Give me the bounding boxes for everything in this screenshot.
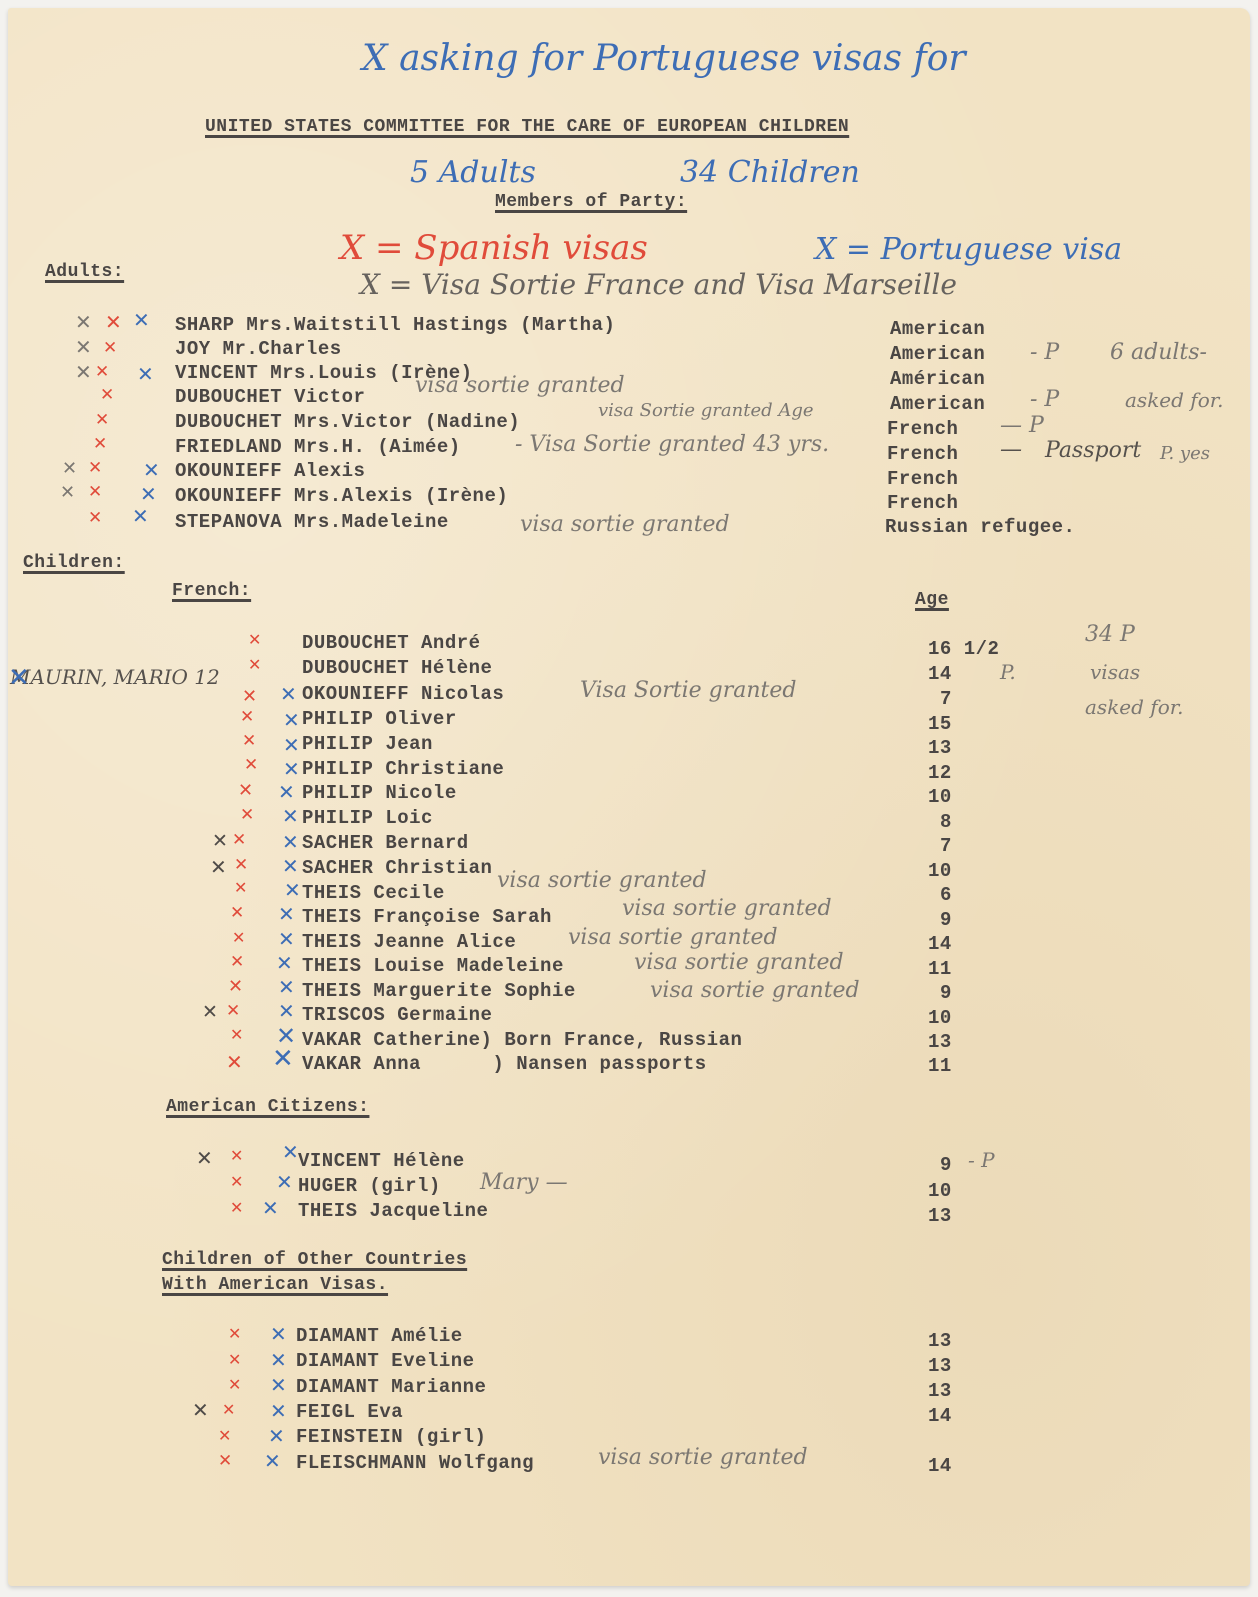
spanish-x-icon: ✕ [228, 1352, 241, 1368]
child-row: DIAMANT Amélie [296, 1325, 463, 1347]
passport-mark: - P [968, 1148, 995, 1172]
children-count-note: 34 Children [680, 155, 860, 190]
sortie-x-icon: ✕ [210, 857, 227, 877]
spanish-x-icon: ✕ [232, 930, 245, 946]
sortie-x-icon: ✕ [62, 460, 77, 478]
child-note: visa sortie granted [497, 868, 707, 893]
sortie-x-icon: ✕ [60, 484, 75, 502]
spanish-x-icon: ✕ [230, 1148, 243, 1164]
child-row: VAKAR Catherine) Born France, Russian [302, 1029, 742, 1051]
adult-note: visa sortie granted [415, 373, 625, 398]
spanish-x-icon: ✕ [228, 978, 243, 996]
spanish-x-icon: ✕ [248, 632, 261, 648]
child-row: DUBOUCHET Hélène [302, 657, 492, 679]
adult-note: visa sortie granted [520, 512, 730, 537]
spanish-x-icon: ✕ [248, 657, 261, 673]
passport-mark: - P [1030, 340, 1059, 365]
spanish-x-icon: ✕ [218, 1428, 231, 1444]
portuguese-x-icon: ✕ [282, 1142, 299, 1162]
adults-asked-note: asked for. [1125, 388, 1223, 412]
child-age: 9 [940, 1154, 952, 1176]
spanish-x-icon: ✕ [88, 460, 102, 477]
portuguese-x-icon: ✕ [282, 856, 299, 876]
children-heading: Children: [23, 553, 125, 573]
portuguese-x-icon: ✕ [270, 1324, 287, 1344]
portuguese-x-icon: ✕ [283, 710, 300, 730]
nationality: Russian refugee. [885, 516, 1075, 538]
child-row: THEIS Jacqueline [298, 1200, 488, 1222]
child-note: visa sortie granted [598, 1445, 808, 1470]
passport-note: Passport [1045, 438, 1141, 463]
spanish-x-icon: ✕ [103, 340, 117, 357]
passport-mark: — [1000, 437, 1022, 462]
document-title: UNITED STATES COMMITTEE FOR THE CARE OF … [205, 117, 849, 137]
child-age: 13 [928, 1031, 952, 1053]
portuguese-x-icon: ✕ [280, 684, 297, 704]
child-row: THEIS Françoise Sarah [302, 906, 552, 928]
portuguese-x-icon: ✕ [283, 735, 300, 755]
spanish-x-icon: ✕ [232, 832, 246, 849]
child-row: FEINSTEIN (girl) [296, 1426, 486, 1448]
portuguese-x-icon: ✕ [140, 484, 157, 504]
portuguese-x-icon: ✕ [264, 1451, 281, 1471]
portuguese-x-icon: ✕ [137, 364, 154, 384]
child-age: 8 [940, 811, 952, 833]
child-age: 11 [928, 1055, 952, 1077]
child-row: PHILIP Christiane [302, 758, 504, 780]
child-row: PHILIP Oliver [302, 708, 457, 730]
adult-note: - Visa Sortie granted 43 yrs. [515, 432, 829, 457]
child-row: FEIGL Eva [296, 1401, 403, 1423]
nationality: American [890, 393, 985, 415]
portuguese-x-icon: ✕ [278, 977, 295, 997]
sortie-x-icon: ✕ [192, 1400, 209, 1420]
spanish-x-icon: ✕ [218, 1453, 232, 1470]
spanish-x-icon: ✕ [230, 1027, 243, 1043]
child-row: SACHER Bernard [302, 832, 469, 854]
nationality: Américan [890, 368, 985, 390]
other-countries-heading-2: With American Visas. [162, 1275, 388, 1295]
child-row: VINCENT Hélène [298, 1150, 465, 1172]
spanish-x-icon: ✕ [95, 364, 109, 381]
child-age: 12 [928, 762, 952, 784]
child-row: TRISCOS Germaine [302, 1004, 492, 1026]
other-countries-heading: Children of Other Countries [162, 1250, 467, 1270]
spanish-x-icon: ✕ [88, 484, 102, 501]
nationality: French [887, 468, 958, 490]
adult-row: DUBOUCHET Victor [175, 386, 365, 408]
child-row: THEIS Cecile [302, 882, 445, 904]
spanish-x-icon: ✕ [238, 782, 253, 800]
child-age: 10 [928, 1180, 952, 1202]
portuguese-x-icon: ✕ [262, 1198, 279, 1218]
children-asked-note: visas [1090, 660, 1140, 684]
portuguese-x-icon: ✕ [278, 929, 295, 949]
sortie-x-icon: ✕ [75, 312, 92, 332]
passport-mark: P. [1000, 660, 1016, 684]
sortie-x-icon: ✕ [196, 1148, 213, 1168]
child-age: 16 1/2 [928, 638, 999, 660]
child-row: DIAMANT Eveline [296, 1350, 475, 1372]
portuguese-x-icon: ✕ [276, 1172, 293, 1192]
spanish-x-icon: ✕ [240, 807, 254, 824]
child-row: VAKAR Anna ) Nansen passports [302, 1053, 707, 1075]
child-age: 14 [928, 1455, 952, 1477]
child-row: DUBOUCHET André [302, 632, 481, 654]
nationality: French [887, 492, 958, 514]
children-asked-note: asked for. [1085, 695, 1183, 719]
child-note: visa sortie granted [650, 978, 860, 1003]
portuguese-x-icon: ✕ [270, 1375, 287, 1395]
spanish-x-icon: ✕ [240, 709, 254, 726]
portuguese-x-icon: ✕ [276, 953, 293, 973]
adult-row: OKOUNIEFF Alexis [175, 460, 365, 482]
child-note: Visa Sortie granted [580, 678, 797, 703]
adult-row: FRIEDLAND Mrs.H. (Aimée) [175, 436, 461, 458]
spanish-x-icon: ✕ [230, 954, 244, 971]
child-age: 7 [940, 688, 952, 710]
american-citizens-heading: American Citizens: [166, 1097, 369, 1117]
portuguese-x-icon: ✕ [133, 310, 150, 330]
child-row: THEIS Louise Madeleine [302, 955, 564, 977]
child-age: 14 [928, 933, 952, 955]
adult-row: JOY Mr.Charles [175, 338, 342, 360]
portuguese-x-icon: ✕ [272, 1046, 294, 1072]
portuguese-x-icon: ✕ [284, 880, 301, 900]
child-age: 11 [928, 958, 952, 980]
child-row: PHILIP Loic [302, 807, 433, 829]
spanish-x-icon: ✕ [230, 905, 244, 922]
child-row: FLEISCHMANN Wolfgang [296, 1452, 534, 1474]
legend-spanish-visas: X = Spanish visas [340, 228, 648, 268]
legend-visa-sortie: X = Visa Sortie France and Visa Marseill… [360, 268, 957, 301]
child-age: 13 [928, 737, 952, 759]
portuguese-x-icon: ✕ [278, 904, 295, 924]
portuguese-x-icon: ✕ [143, 460, 160, 480]
sortie-x-icon: ✕ [202, 1003, 218, 1022]
sortie-x-icon: ✕ [75, 362, 92, 382]
passport-mark: - P [1030, 387, 1059, 412]
child-row: PHILIP Jean [302, 733, 433, 755]
passport-age-note: P. yes [1160, 443, 1210, 464]
child-age: 10 [928, 786, 952, 808]
adults-count-note: 5 Adults [410, 155, 536, 190]
nationality: French [887, 443, 958, 465]
child-row: THEIS Marguerite Sophie [302, 980, 576, 1002]
spanish-x-icon: ✕ [230, 1200, 243, 1216]
spanish-x-icon: ✕ [242, 688, 257, 706]
child-age: 6 [940, 884, 952, 906]
spanish-x-icon: ✕ [93, 436, 107, 453]
child-age: 9 [940, 909, 952, 931]
adult-note: visa Sortie granted Age [598, 400, 814, 421]
nationality: American [890, 318, 985, 340]
adult-row: STEPANOVA Mrs.Madeleine [175, 511, 449, 533]
child-row: HUGER (girl) [298, 1175, 441, 1197]
child-row: THEIS Jeanne Alice [302, 931, 516, 953]
child-row: SACHER Christian [302, 857, 492, 879]
passport-mark: — P [1000, 413, 1044, 438]
portuguese-x-icon: ✕ [268, 1426, 285, 1446]
spanish-x-icon: ✕ [230, 1174, 243, 1190]
children-asked-note: 34 P [1085, 622, 1135, 647]
child-row: PHILIP Nicole [302, 782, 457, 804]
spanish-x-icon: ✕ [234, 857, 248, 874]
portuguese-x-icon: ✕ [278, 782, 295, 802]
child-age: 10 [928, 1007, 952, 1029]
spanish-x-icon: ✕ [242, 733, 256, 750]
child-age: 13 [928, 1330, 952, 1352]
spanish-x-icon: ✕ [226, 1003, 240, 1020]
child-age: 13 [928, 1355, 952, 1377]
adults-heading: Adults: [45, 262, 124, 282]
spanish-x-icon: ✕ [228, 1377, 241, 1393]
portuguese-x-icon: ✕ [283, 759, 300, 779]
child-note: visa sortie granted [634, 950, 844, 975]
adult-row: SHARP Mrs.Waitstill Hastings (Martha) [175, 314, 615, 336]
members-subtitle: Members of Party: [495, 192, 687, 212]
spanish-x-icon: ✕ [105, 312, 122, 332]
top-handwritten-note: X asking for Portuguese visas for [362, 38, 966, 79]
spanish-x-icon: ✕ [234, 880, 247, 896]
child-note: visa sortie granted [568, 925, 778, 950]
portuguese-x-icon: ✕ [282, 832, 299, 852]
adults-asked-note: 6 adults- [1110, 340, 1207, 365]
child-age: 10 [928, 860, 952, 882]
portuguese-x-icon: ✕ [278, 1001, 295, 1021]
spanish-x-icon: ✕ [88, 510, 102, 527]
spanish-x-icon: ✕ [100, 387, 114, 404]
spanish-x-icon: ✕ [95, 412, 109, 429]
child-age: 13 [928, 1380, 952, 1402]
child-age: 9 [940, 982, 952, 1004]
child-age: 15 [928, 713, 952, 735]
age-heading: Age [915, 590, 949, 610]
child-row: DIAMANT Marianne [296, 1376, 486, 1398]
child-age: 7 [940, 835, 952, 857]
legend-portuguese-visa: X = Portuguese visa [815, 232, 1122, 267]
portuguese-x-icon: ✕ [132, 506, 149, 526]
maurin-added-entry: MAURIN, MARIO 12 [10, 665, 220, 689]
adult-row: OKOUNIEFF Mrs.Alexis (Irène) [175, 485, 508, 507]
sortie-x-icon: ✕ [75, 337, 92, 357]
child-note: visa sortie granted [622, 896, 832, 921]
spanish-x-icon: ✕ [228, 1326, 241, 1342]
spanish-x-icon: ✕ [226, 1052, 243, 1072]
child-age: 13 [928, 1205, 952, 1227]
portuguese-x-icon: ✕ [282, 806, 299, 826]
child-row: OKOUNIEFF Nicolas [302, 683, 504, 705]
french-heading: French: [172, 581, 251, 601]
portuguese-x-icon: ✕ [8, 665, 30, 691]
child-age: 14 [928, 1405, 952, 1427]
nationality: American [890, 343, 985, 365]
child-age: 14 [928, 663, 952, 685]
portuguese-x-icon: ✕ [270, 1350, 287, 1370]
spanish-x-icon: ✕ [244, 757, 258, 774]
sortie-x-icon: ✕ [212, 832, 228, 851]
portuguese-x-icon: ✕ [270, 1401, 287, 1421]
spanish-x-icon: ✕ [222, 1402, 235, 1418]
nationality: French [887, 418, 958, 440]
child-note: Mary — [480, 1170, 568, 1195]
adult-row: DUBOUCHET Mrs.Victor (Nadine) [175, 411, 520, 433]
